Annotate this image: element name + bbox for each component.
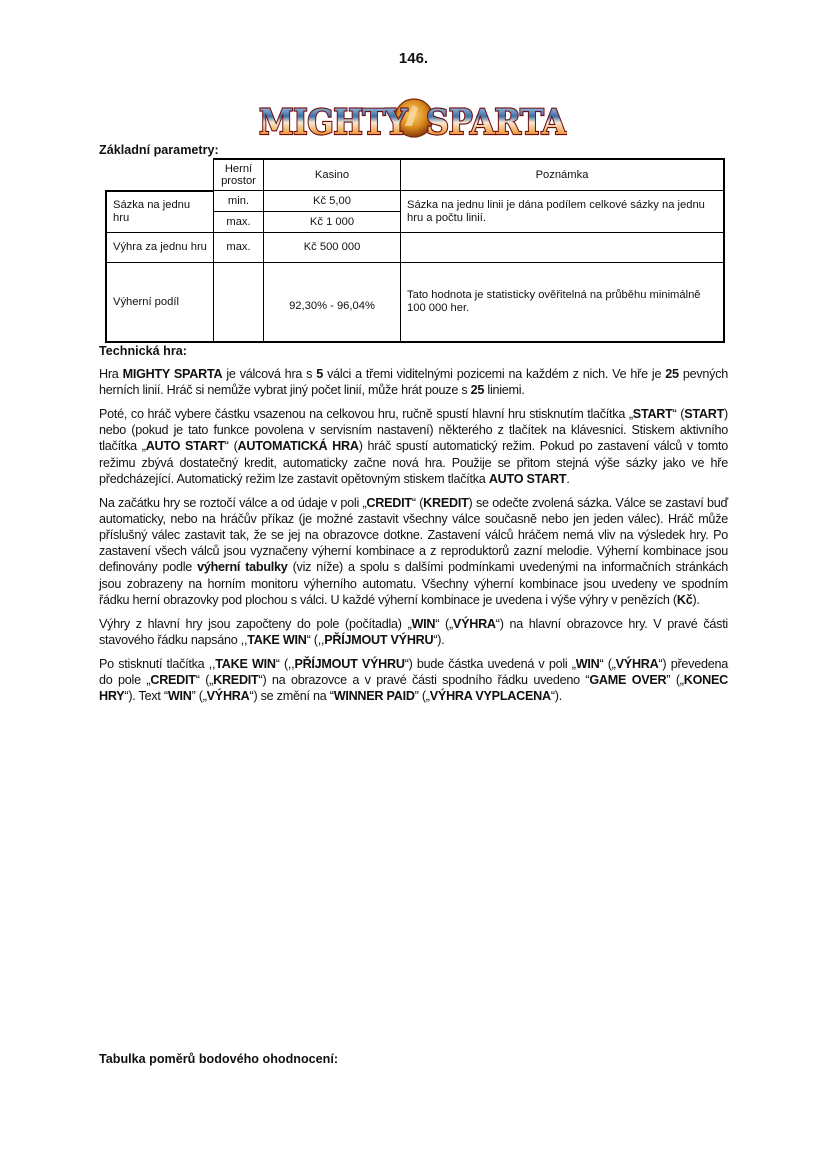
row-label-bet: Sázka na jednu hru: [106, 191, 214, 233]
emphasis: START: [684, 407, 724, 421]
table-header-row: Herní prostor Kasino Poznámka: [106, 159, 724, 191]
emphasis: AUTO START: [489, 472, 567, 486]
emphasis: VÝHRA: [616, 657, 659, 671]
emphasis: MIGHTY SPARTA: [123, 367, 223, 381]
cell-note-rtp: Tato hodnota je statisticky ověřitelná n…: [401, 263, 725, 343]
table-row: Sázka na jednu hru min. Kč 5,00 Sázka na…: [106, 191, 724, 212]
emphasis: GAME OVER: [589, 673, 666, 687]
svg-text:MIGHTY: MIGHTY: [259, 102, 408, 142]
emphasis: 25: [665, 367, 679, 381]
cell-value-max: Kč 1 000: [264, 212, 401, 233]
emphasis: START: [633, 407, 673, 421]
table-header-note: Poznámka: [401, 159, 725, 191]
section-heading-technical: Technická hra:: [99, 344, 187, 358]
emphasis: WIN: [576, 657, 600, 671]
emphasis: CREDIT: [150, 673, 195, 687]
row-label-rtp: Výherní podíl: [106, 263, 214, 343]
page-number: 146.: [0, 50, 827, 67]
mighty-sparta-logo-graphic: MIGHTY SPARTA: [255, 96, 567, 142]
emphasis: TAKE WIN: [215, 657, 275, 671]
cell-note-bet: Sázka na jednu linii je dána podílem cel…: [401, 191, 725, 233]
cell-limit-win: max.: [214, 233, 264, 263]
paragraph-reels: Na začátku hry se roztočí válce a od úda…: [99, 495, 728, 608]
cell-limit-rtp: [214, 263, 264, 343]
emphasis: Kč: [677, 593, 693, 607]
paragraph-start: Poté, co hráč vybere částku vsazenou na …: [99, 406, 728, 487]
emphasis: WIN: [168, 689, 192, 703]
section-heading-payout-table: Tabulka poměrů bodového ohodnocení:: [99, 1052, 338, 1066]
cell-value-win: Kč 500 000: [264, 233, 401, 263]
emphasis: CREDIT: [366, 496, 411, 510]
emphasis: WIN: [412, 617, 436, 631]
cell-limit-min: min.: [214, 191, 264, 212]
table-header-empty: [106, 159, 214, 191]
emphasis: VÝHRA: [207, 689, 250, 703]
emphasis: 25: [471, 383, 485, 397]
table-header-space: Herní prostor: [214, 159, 264, 191]
cell-value-min: Kč 5,00: [264, 191, 401, 212]
emphasis: PŘÍJMOUT VÝHRU: [294, 657, 404, 671]
emphasis: výherní tabulky: [197, 560, 287, 574]
technical-description: Hra MIGHTY SPARTA je válcová hra s 5 vál…: [99, 366, 728, 712]
emphasis: AUTO START: [146, 439, 225, 453]
emphasis: VÝHRA: [453, 617, 496, 631]
emphasis: VÝHRA VYPLACENA: [430, 689, 551, 703]
emphasis: TAKE WIN: [247, 633, 306, 647]
emphasis: AUTOMATICKÁ HRA: [238, 439, 359, 453]
table-header-casino: Kasino: [264, 159, 401, 191]
emphasis: KREDIT: [213, 673, 258, 687]
section-heading-basic-params: Základní parametry:: [99, 143, 219, 157]
basic-params-table: Herní prostor Kasino Poznámka Sázka na j…: [105, 158, 725, 343]
game-logo: MIGHTY SPARTA: [255, 96, 567, 142]
paragraph-intro: Hra MIGHTY SPARTA je válcová hra s 5 vál…: [99, 366, 728, 398]
cell-value-rtp: 92,30% - 96,04%: [264, 263, 401, 343]
cell-note-win: [401, 233, 725, 263]
emphasis: WINNER PAID: [334, 689, 415, 703]
emphasis: PŘÍJMOUT VÝHRU: [324, 633, 433, 647]
emphasis: KREDIT: [423, 496, 468, 510]
svg-text:SPARTA: SPARTA: [426, 102, 567, 142]
table-row: Výherní podíl 92,30% - 96,04% Tato hodno…: [106, 263, 724, 343]
paragraph-wins: Výhry z hlavní hry jsou započteny do pol…: [99, 616, 728, 648]
paragraph-take-win: Po stisknutí tlačítka ,,TAKE WIN“ (,,PŘÍ…: [99, 656, 728, 705]
cell-limit-max: max.: [214, 212, 264, 233]
emphasis: 5: [316, 367, 323, 381]
row-label-win: Výhra za jednu hru: [106, 233, 214, 263]
table-row: Výhra za jednu hru max. Kč 500 000: [106, 233, 724, 263]
